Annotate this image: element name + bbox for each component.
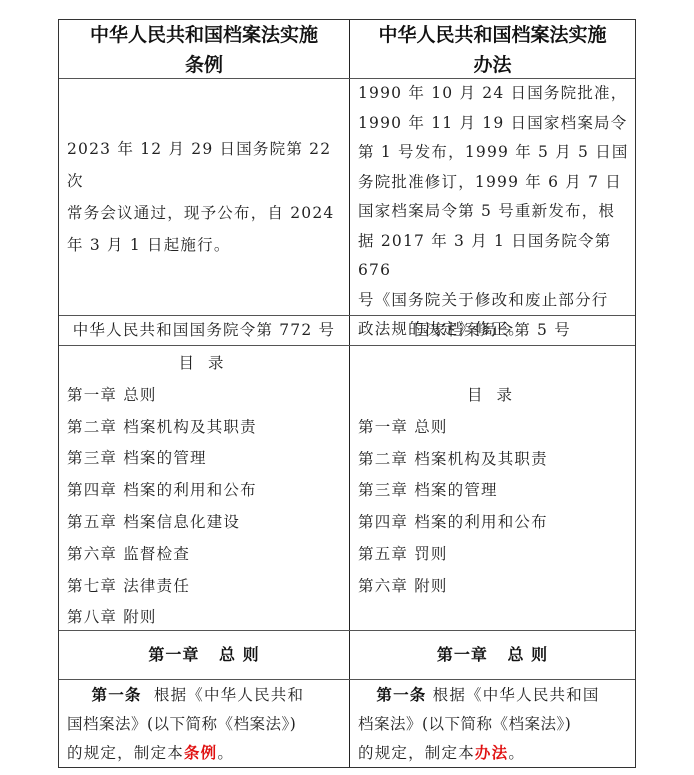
article-1-left: 第一条 根据《中华人民共和 国档案法》(以下简称《档案法》) 的规定，制定本条例…	[59, 681, 349, 769]
toc-item: 第七章 法律责任	[67, 571, 349, 603]
article-1-right: 第一条 根据《中华人民共和国 档案法》(以下简称《档案法》) 的规定，制定本办法…	[350, 681, 635, 769]
toc-item: 第二章 档案机构及其职责	[358, 444, 635, 476]
text-line: 第一条 根据《中华人民共和国	[358, 681, 635, 710]
toc-item: 第一章 总则	[358, 412, 635, 444]
article-label: 第一条	[376, 686, 426, 704]
text-line: 年 3 月 1 日起施行。	[67, 229, 349, 261]
order-number-right: 国家档案局令第 5 号	[350, 316, 635, 345]
text-line: 据 2017 年 3 月 1 日国务院令第 676	[358, 227, 635, 286]
toc-item: 第四章 档案的利用和公布	[67, 475, 349, 507]
promulgation-right: 1990 年 10 月 24 日国务院批准， 1990 年 11 月 19 日国…	[350, 79, 635, 315]
row-divider	[59, 679, 635, 680]
text-span: 的规定，制定本	[67, 744, 184, 762]
toc-item: 第五章 档案信息化建设	[67, 507, 349, 539]
chapter-heading-left: 第一章 总 则	[59, 631, 349, 679]
text-line: 1990 年 11 月 19 日国家档案局令	[358, 109, 635, 139]
toc-item: 第三章 档案的管理	[358, 475, 635, 507]
order-number-left: 中华人民共和国国务院令第 772 号	[59, 316, 349, 345]
comparison-table: 中华人民共和国档案法实施 条例 中华人民共和国档案法实施 办法 2023 年 1…	[58, 19, 636, 768]
header-right-line: 办法	[350, 50, 635, 80]
highlighted-term: 条例	[184, 744, 217, 762]
toc-item: 第三章 档案的管理	[67, 443, 349, 475]
text-line: 1990 年 10 月 24 日国务院批准，	[358, 79, 635, 109]
text-span: 根据《中华人民共和	[142, 686, 305, 704]
text-line: 国家档案局令第 5 号重新发布，根	[358, 197, 635, 227]
text-span: 。	[217, 744, 234, 762]
text-line: 的规定，制定本办法。	[358, 739, 635, 768]
highlighted-term: 办法	[475, 744, 508, 762]
toc-left: 目录 第一章 总则 第二章 档案机构及其职责 第三章 档案的管理 第四章 档案的…	[59, 348, 349, 630]
toc-item: 第六章 附则	[358, 571, 635, 603]
text-line: 2023 年 12 月 29 日国务院第 22 次	[67, 133, 349, 197]
article-label: 第一条	[92, 686, 142, 704]
text-span: 。	[508, 744, 525, 762]
toc-item: 第二章 档案机构及其职责	[67, 412, 349, 444]
header-left-title: 中华人民共和国档案法实施 条例	[59, 20, 349, 78]
toc-item: 第一章 总则	[67, 380, 349, 412]
toc-item: 第五章 罚则	[358, 539, 635, 571]
header-left-line: 条例	[59, 50, 349, 80]
text-line: 号《国务院关于修改和废止部分行	[358, 286, 635, 316]
chapter-heading-right: 第一章 总 则	[350, 631, 635, 679]
header-right-title: 中华人民共和国档案法实施 办法	[350, 20, 635, 78]
text-line: 第 1 号发布，1999 年 5 月 5 日国	[358, 138, 635, 168]
text-line: 务院批准修订，1999 年 6 月 7 日	[358, 168, 635, 198]
text-span: 的规定，制定本	[358, 744, 475, 762]
toc-item: 第八章 附则	[67, 602, 349, 634]
text-line: 档案法》(以下简称《档案法》)	[358, 710, 635, 739]
toc-title: 目录	[358, 380, 635, 412]
promulgation-left: 2023 年 12 月 29 日国务院第 22 次 常务会议通过，现予公布，自 …	[59, 79, 349, 315]
text-line: 的规定，制定本条例。	[67, 739, 349, 768]
text-span: 根据《中华人民共和国	[427, 686, 600, 704]
toc-item: 第六章 监督检查	[67, 539, 349, 571]
text-line: 第一条 根据《中华人民共和	[67, 681, 349, 710]
toc-right: 目录 第一章 总则 第二章 档案机构及其职责 第三章 档案的管理 第四章 档案的…	[350, 380, 635, 630]
toc-item: 第四章 档案的利用和公布	[358, 507, 635, 539]
text-line: 国档案法》(以下简称《档案法》)	[67, 710, 349, 739]
row-divider	[59, 345, 635, 346]
header-right-line: 中华人民共和国档案法实施	[350, 20, 635, 50]
header-left-line: 中华人民共和国档案法实施	[59, 20, 349, 50]
text-line: 常务会议通过，现予公布，自 2024	[67, 197, 349, 229]
toc-title: 目录	[67, 348, 349, 380]
